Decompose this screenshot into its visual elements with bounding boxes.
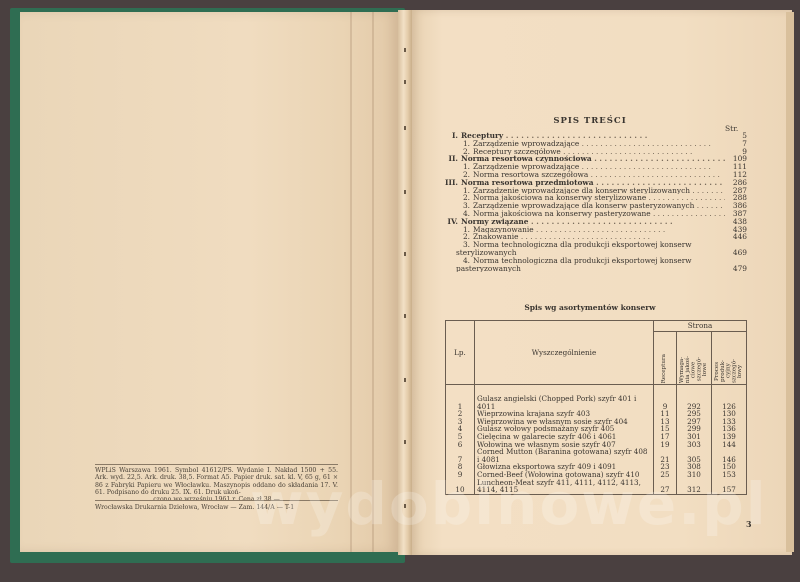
toc-entry: 1.Zarządzenie wprowadzające dla konserw … xyxy=(444,187,747,195)
toc-section: II.Norma resortowa czynnościowa109 xyxy=(444,155,747,163)
page-crease xyxy=(350,12,352,552)
table-of-contents: I.Receptury51.Zarządzenie wprowadzające7… xyxy=(444,132,747,272)
toc-entry: 3.Zarządzenie wprowadzające dla konserw … xyxy=(444,202,747,210)
row-wymagania: 305 xyxy=(677,448,712,463)
toc-entry-label: Norma resortowa szczegółowa xyxy=(473,171,588,179)
row-lp: 9 xyxy=(446,471,475,479)
toc-entry-label: Receptury szczegółowe xyxy=(473,148,561,156)
toc-entry-text: I.Receptury xyxy=(444,132,725,140)
row-receptura: 19 xyxy=(654,441,677,449)
binding-stitch xyxy=(404,48,406,52)
header-receptura-text: Receptura xyxy=(662,354,668,383)
toc-entry: 1.Magazynowanie439 xyxy=(444,226,747,234)
toc-entry-label: Normy związane xyxy=(461,218,528,226)
row-description: Gulasz angielski (Chopped Pork) szyfr 40… xyxy=(475,385,654,411)
toc-section: III.Norma resortowa przedmiotowa286 xyxy=(444,179,747,187)
colophon: WPLiS Warszawa 1961. Symbol 41612/PS. Wy… xyxy=(95,464,338,503)
toc-entry: 1.Zarządzenie wprowadzające111 xyxy=(444,163,747,171)
assortment-table: Lp. Wyszczególnienie Strona Receptura Wy… xyxy=(445,320,747,495)
toc-entry-text: 2.Receptury szczegółowe xyxy=(444,148,725,156)
toc-entry-number: 1. xyxy=(456,140,470,148)
row-proces: 153 xyxy=(712,471,747,479)
row-receptura: 9 xyxy=(654,385,677,411)
toc-entry: 2.Znakowanie446 xyxy=(444,233,747,241)
toc-entry-text: 3.Norma technologiczna dla produkcji eks… xyxy=(444,241,725,257)
toc-entry-text: 1.Zarządzenie wprowadzające xyxy=(444,163,725,171)
toc-entry-number: IV. xyxy=(444,218,458,226)
row-wymagania: 312 xyxy=(677,479,712,495)
header-wymagania-text: Wymaga- nia jakoś- ciowe szczegó- łowe xyxy=(680,356,709,383)
toc-section: IV.Normy związane438 xyxy=(444,218,747,226)
header-strona: Strona xyxy=(654,321,747,332)
colophon-imprint: WPLiS Warszawa 1961. Symbol 41612/PS. Wy… xyxy=(95,467,338,496)
toc-entry-number: I. xyxy=(444,132,458,140)
table-row: 10Luncheon-Meat szyfr 411, 4111, 4112, 4… xyxy=(446,479,747,495)
toc-entry-number: 2. xyxy=(456,148,470,156)
toc-entry-page: 446 xyxy=(725,233,747,241)
binding-stitch xyxy=(404,378,406,382)
binding-stitch xyxy=(404,440,406,444)
toc-entry-label: Norma jakościowa na konserwy sterylizowa… xyxy=(473,194,646,202)
toc-entry-text: 1.Zarządzenie wprowadzające xyxy=(444,140,725,148)
toc-entry-text: III.Norma resortowa przedmiotowa xyxy=(444,179,725,187)
row-lp: 1 xyxy=(446,385,475,411)
toc-entry-text: 3.Zarządzenie wprowadzające dla konserw … xyxy=(444,202,725,210)
toc-entry-number: 4. xyxy=(456,210,470,218)
header-proces-text: Proces produk- cyjny szczegó- łowy xyxy=(715,359,744,383)
row-description: Luncheon-Meat szyfr 411, 4111, 4112, 411… xyxy=(475,479,654,495)
row-wymagania: 310 xyxy=(677,471,712,479)
toc-entry-label: Norma jakościowa na konserwy pasteryzowa… xyxy=(473,210,651,218)
toc-entry-number: 2. xyxy=(456,171,470,179)
toc-entry-text: II.Norma resortowa czynnościowa xyxy=(444,155,725,163)
toc-entry: 2.Norma resortowa szczegółowa112 xyxy=(444,171,747,179)
toc-entry-label: Zarządzenie wprowadzające dla konserw pa… xyxy=(473,202,694,210)
binding-stitch xyxy=(404,314,406,318)
toc-entry-text: 4.Norma jakościowa na konserwy pasteryzo… xyxy=(444,210,725,218)
toc-entry-text: 2.Norma jakościowa na konserwy sterylizo… xyxy=(444,194,725,202)
row-wymagania: 292 xyxy=(677,385,712,411)
toc-entry-text: 1.Magazynowanie xyxy=(444,226,725,234)
toc-entry-label: Zarządzenie wprowadzające xyxy=(473,140,579,148)
toc-entry-number: 3. xyxy=(456,202,470,210)
row-proces: 126 xyxy=(712,385,747,411)
toc-entry-number: 2. xyxy=(456,233,470,241)
toc-entry-label: Norma resortowa czynnościowa xyxy=(461,155,592,163)
toc-entry-label: Zarządzenie wprowadzające dla konserw st… xyxy=(473,187,690,195)
header-wymagania: Wymaga- nia jakoś- ciowe szczegó- łowe xyxy=(677,332,712,385)
toc-entry-page: 469 xyxy=(725,249,747,257)
binding-stitch xyxy=(404,504,406,508)
toc-entry-text: 4.Norma technologiczna dla produkcji eks… xyxy=(444,257,725,273)
toc-entry-number: 2. xyxy=(456,194,470,202)
row-receptura: 21 xyxy=(654,448,677,463)
toc-entry-number: 1. xyxy=(456,187,470,195)
row-proces: 157 xyxy=(712,479,747,495)
toc-entry: 1.Zarządzenie wprowadzające7 xyxy=(444,140,747,148)
header-lp: Lp. xyxy=(446,321,475,385)
toc-entry: 2.Receptury szczegółowe9 xyxy=(444,148,747,156)
header-proces: Proces produk- cyjny szczegó- łowy xyxy=(712,332,747,385)
printer-text: Wrocławska Drukarnia Dziełowa, Wrocław —… xyxy=(95,504,294,511)
toc-entry-text: 2.Norma resortowa szczegółowa xyxy=(444,171,725,179)
toc-entry: 2.Norma jakościowa na konserwy sterylizo… xyxy=(444,194,747,202)
page-edge xyxy=(786,12,794,552)
binding-stitch xyxy=(404,80,406,84)
table-row: 1Gulasz angielski (Chopped Pork) szyfr 4… xyxy=(446,385,747,411)
toc-entry: 4.Norma jakościowa na konserwy pasteryzo… xyxy=(444,210,747,218)
toc-entry-label: Norma resortowa przedmiotowa xyxy=(461,179,594,187)
row-receptura: 25 xyxy=(654,471,677,479)
binding-stitch xyxy=(404,126,406,130)
row-wymagania: 303 xyxy=(677,441,712,449)
toc-entry-number: 1. xyxy=(456,226,470,234)
row-lp: 10 xyxy=(446,479,475,495)
toc-entry: 3.Norma technologiczna dla produkcji eks… xyxy=(444,241,747,257)
row-description: Corned Mutton (Baranina gotowana) szyfr … xyxy=(475,448,654,463)
binding-stitch xyxy=(404,190,406,194)
toc-section: I.Receptury5 xyxy=(444,132,747,140)
book-spine xyxy=(398,10,412,555)
toc-title: SPIS TREŚCI xyxy=(440,116,740,126)
toc-entry-label: Receptury xyxy=(461,132,503,140)
toc-entry-label: Znakowanie xyxy=(473,233,518,241)
toc-entry-label: Norma technologiczna dla produkcji ekspo… xyxy=(456,257,692,273)
page-crease xyxy=(372,12,374,552)
toc-entry-number: 1. xyxy=(456,163,470,171)
toc-entry-text: 1.Zarządzenie wprowadzające dla konserw … xyxy=(444,187,725,195)
row-lp: 7 xyxy=(446,448,475,463)
row-lp: 6 xyxy=(446,441,475,449)
row-proces: 144 xyxy=(712,441,747,449)
assortment-title: Spis wg asortymentów konserw xyxy=(440,303,740,312)
binding-stitch xyxy=(404,252,406,256)
toc-entry-text: IV.Normy związane xyxy=(444,218,725,226)
toc-entry-number: II. xyxy=(444,155,458,163)
toc-entry-text: 2.Znakowanie xyxy=(444,233,725,241)
toc-entry-page: 479 xyxy=(725,265,747,273)
row-proces: 146 xyxy=(712,448,747,463)
toc-entry-label: Magazynowanie xyxy=(473,226,534,234)
printer-line: Wrocławska Drukarnia Dziełowa, Wrocław —… xyxy=(95,500,338,511)
toc-entry-label: Norma technologiczna dla produkcji ekspo… xyxy=(456,241,692,257)
header-description: Wyszczególnienie xyxy=(475,321,654,385)
toc-entry: 4.Norma technologiczna dla produkcji eks… xyxy=(444,257,747,273)
toc-entry-number: III. xyxy=(444,179,458,187)
row-receptura: 27 xyxy=(654,479,677,495)
toc-entry-label: Zarządzenie wprowadzające xyxy=(473,163,579,171)
page-number: 3 xyxy=(746,519,752,529)
header-receptura: Receptura xyxy=(654,332,677,385)
table-row: 7Corned Mutton (Baranina gotowana) szyfr… xyxy=(446,448,747,463)
